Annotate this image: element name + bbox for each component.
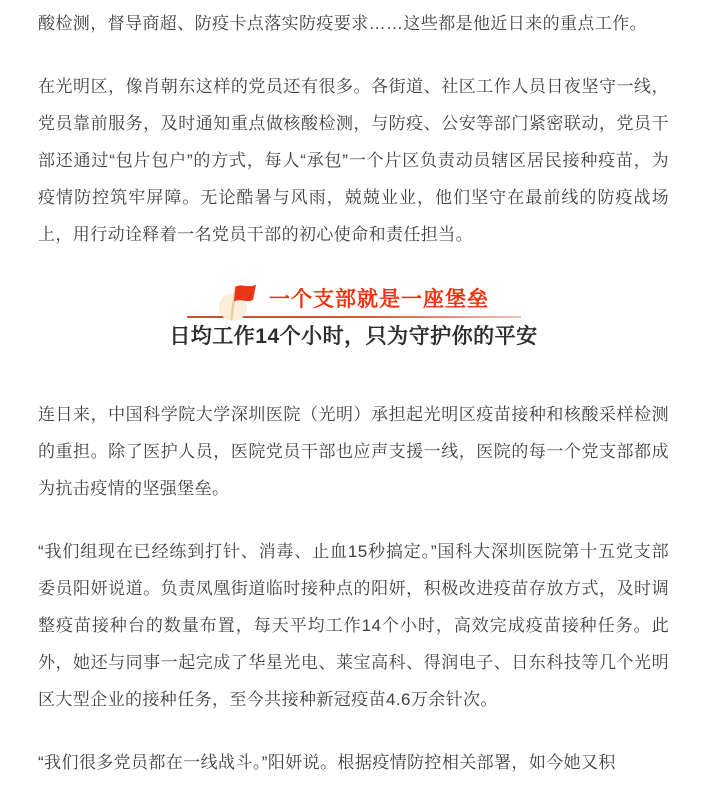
article-paragraph-2: 在光明区，像肖朝东这样的党员还有很多。各街道、社区工作人员日夜坚守一线，党员靠前…: [38, 68, 669, 253]
article-paragraph-4: “我们组现在已经练到打针、消毒、止血15秒搞定。”国科大深圳医院第十五党支部委员…: [38, 533, 669, 718]
red-flag-icon: [218, 279, 262, 323]
section-header: 一个支部就是一座堡垒 日均工作14个小时，只为守护你的平安: [38, 279, 669, 350]
section-subtitle: 日均工作14个小时，只为守护你的平安: [38, 324, 669, 350]
article-paragraph-3: 连日来，中国科学院大学深圳医院（光明）承担起光明区疫苗接种和核酸采样检测的重担。…: [38, 396, 669, 507]
article-paragraph-1: 酸检测，督导商超、防疫卡点落实防疫要求……这些都是他近日来的重点工作。: [38, 5, 669, 42]
article-paragraph-5: “我们很多党员都在一线战斗。”阳妍说。根据疫情防控相关部署，如今她又积: [38, 744, 669, 781]
article-page: 酸检测，督导商超、防疫卡点落实防疫要求……这些都是他近日来的重点工作。 在光明区…: [0, 0, 707, 791]
section-title: 一个支部就是一座堡垒: [269, 283, 489, 313]
